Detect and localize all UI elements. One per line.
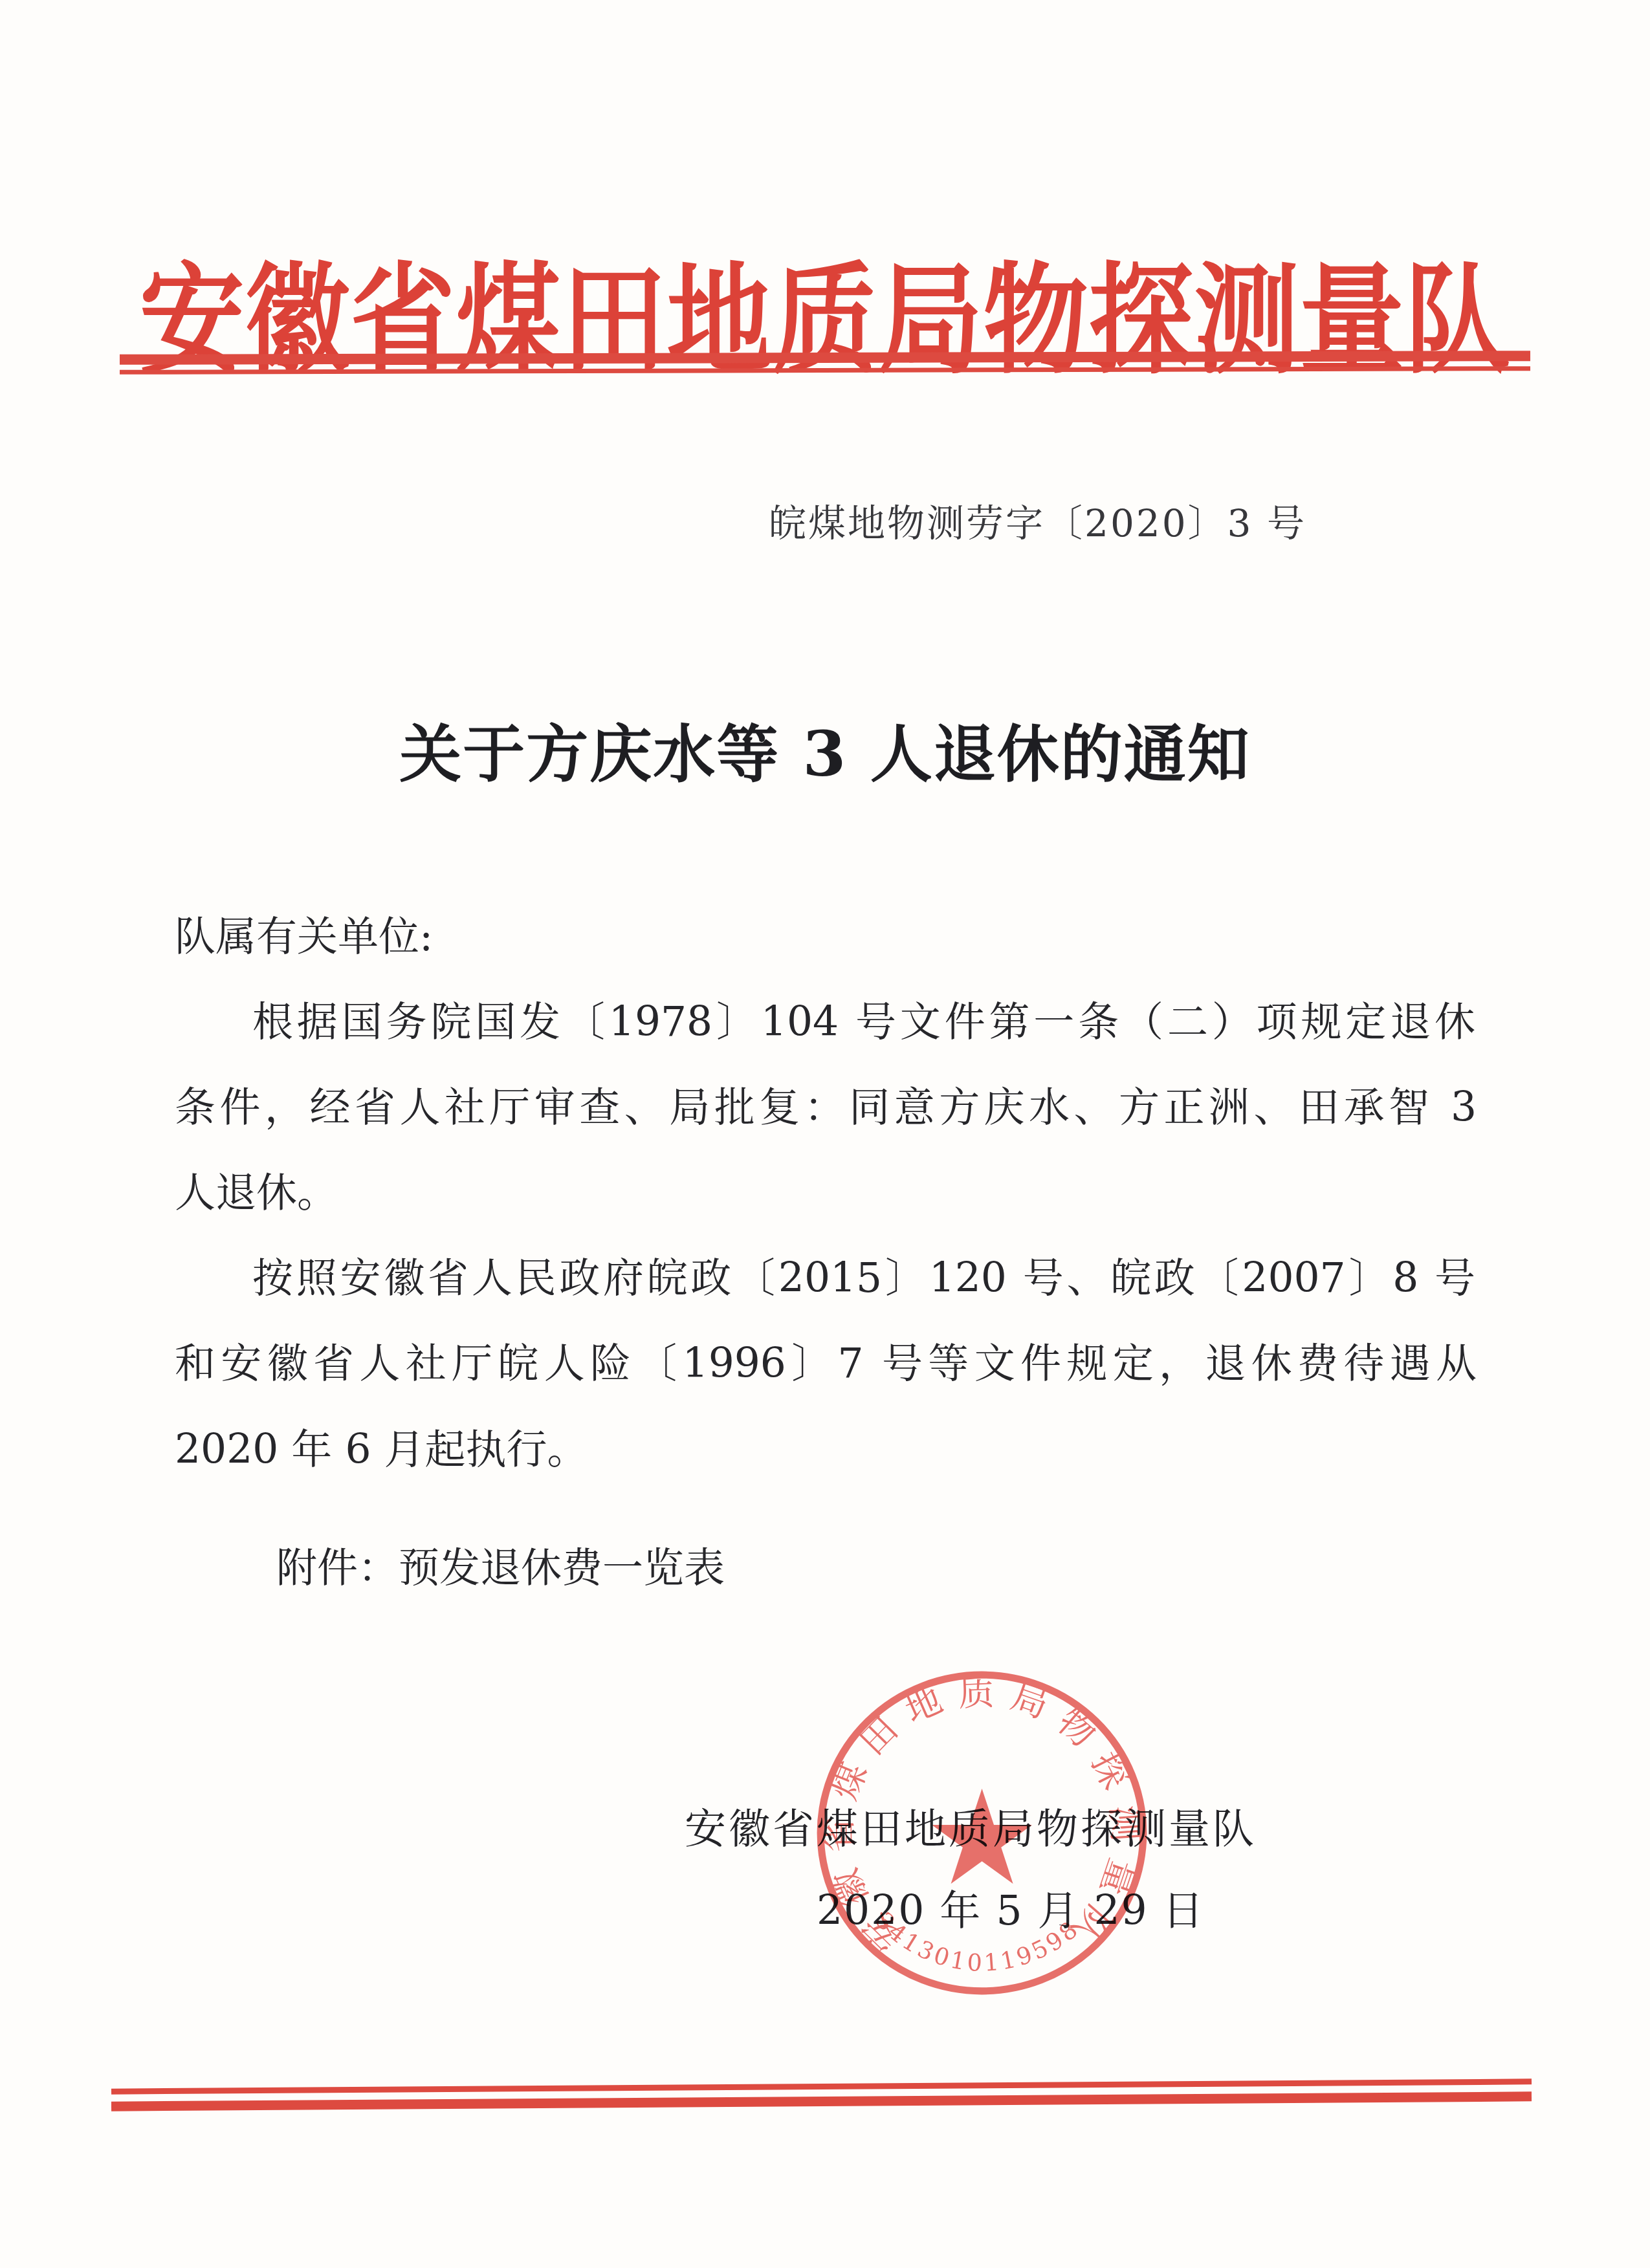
body-line: 和安徽省人社厅皖人险〔1996〕7 号等文件规定，退休费待遇从 (175, 1343, 1477, 1384)
salutation-line: 队属有关单位: (175, 916, 433, 957)
document-number: 皖煤地物测劳字〔2020〕3 号 (769, 493, 1306, 547)
bottom-rule-thin (111, 2078, 1532, 2094)
signature-date: 2020 年 5 月 29 日 (817, 1878, 1205, 1937)
body-line: 2020 年 6 月起执行。 (175, 1429, 588, 1470)
attachment-line: 附件：预发退休费一览表 (276, 1547, 725, 1588)
body-line: 根据国务院国发〔1978〕104 号文件第一条（二）项规定退休 (252, 1001, 1475, 1042)
body-line: 条件，经省人社厅审查、局批复：同意方庆水、方正洲、田承智 3 (175, 1087, 1477, 1128)
document-title: 关于方庆水等 3 人退休的通知 (0, 705, 1650, 794)
document-page: 安徽省煤田地质局物探测量队 皖煤地物测劳字〔2020〕3 号 关于方庆水等 3 … (0, 0, 1650, 2268)
body-line: 人退休。 (175, 1172, 338, 1213)
bottom-rule-thick (111, 2091, 1532, 2111)
signature-org-name: 安徽省煤田地质局物探测量队 (685, 1796, 1257, 1855)
body-line: 按照安徽省人民政府皖政〔2015〕120 号、皖政〔2007〕8 号 (252, 1258, 1475, 1298)
